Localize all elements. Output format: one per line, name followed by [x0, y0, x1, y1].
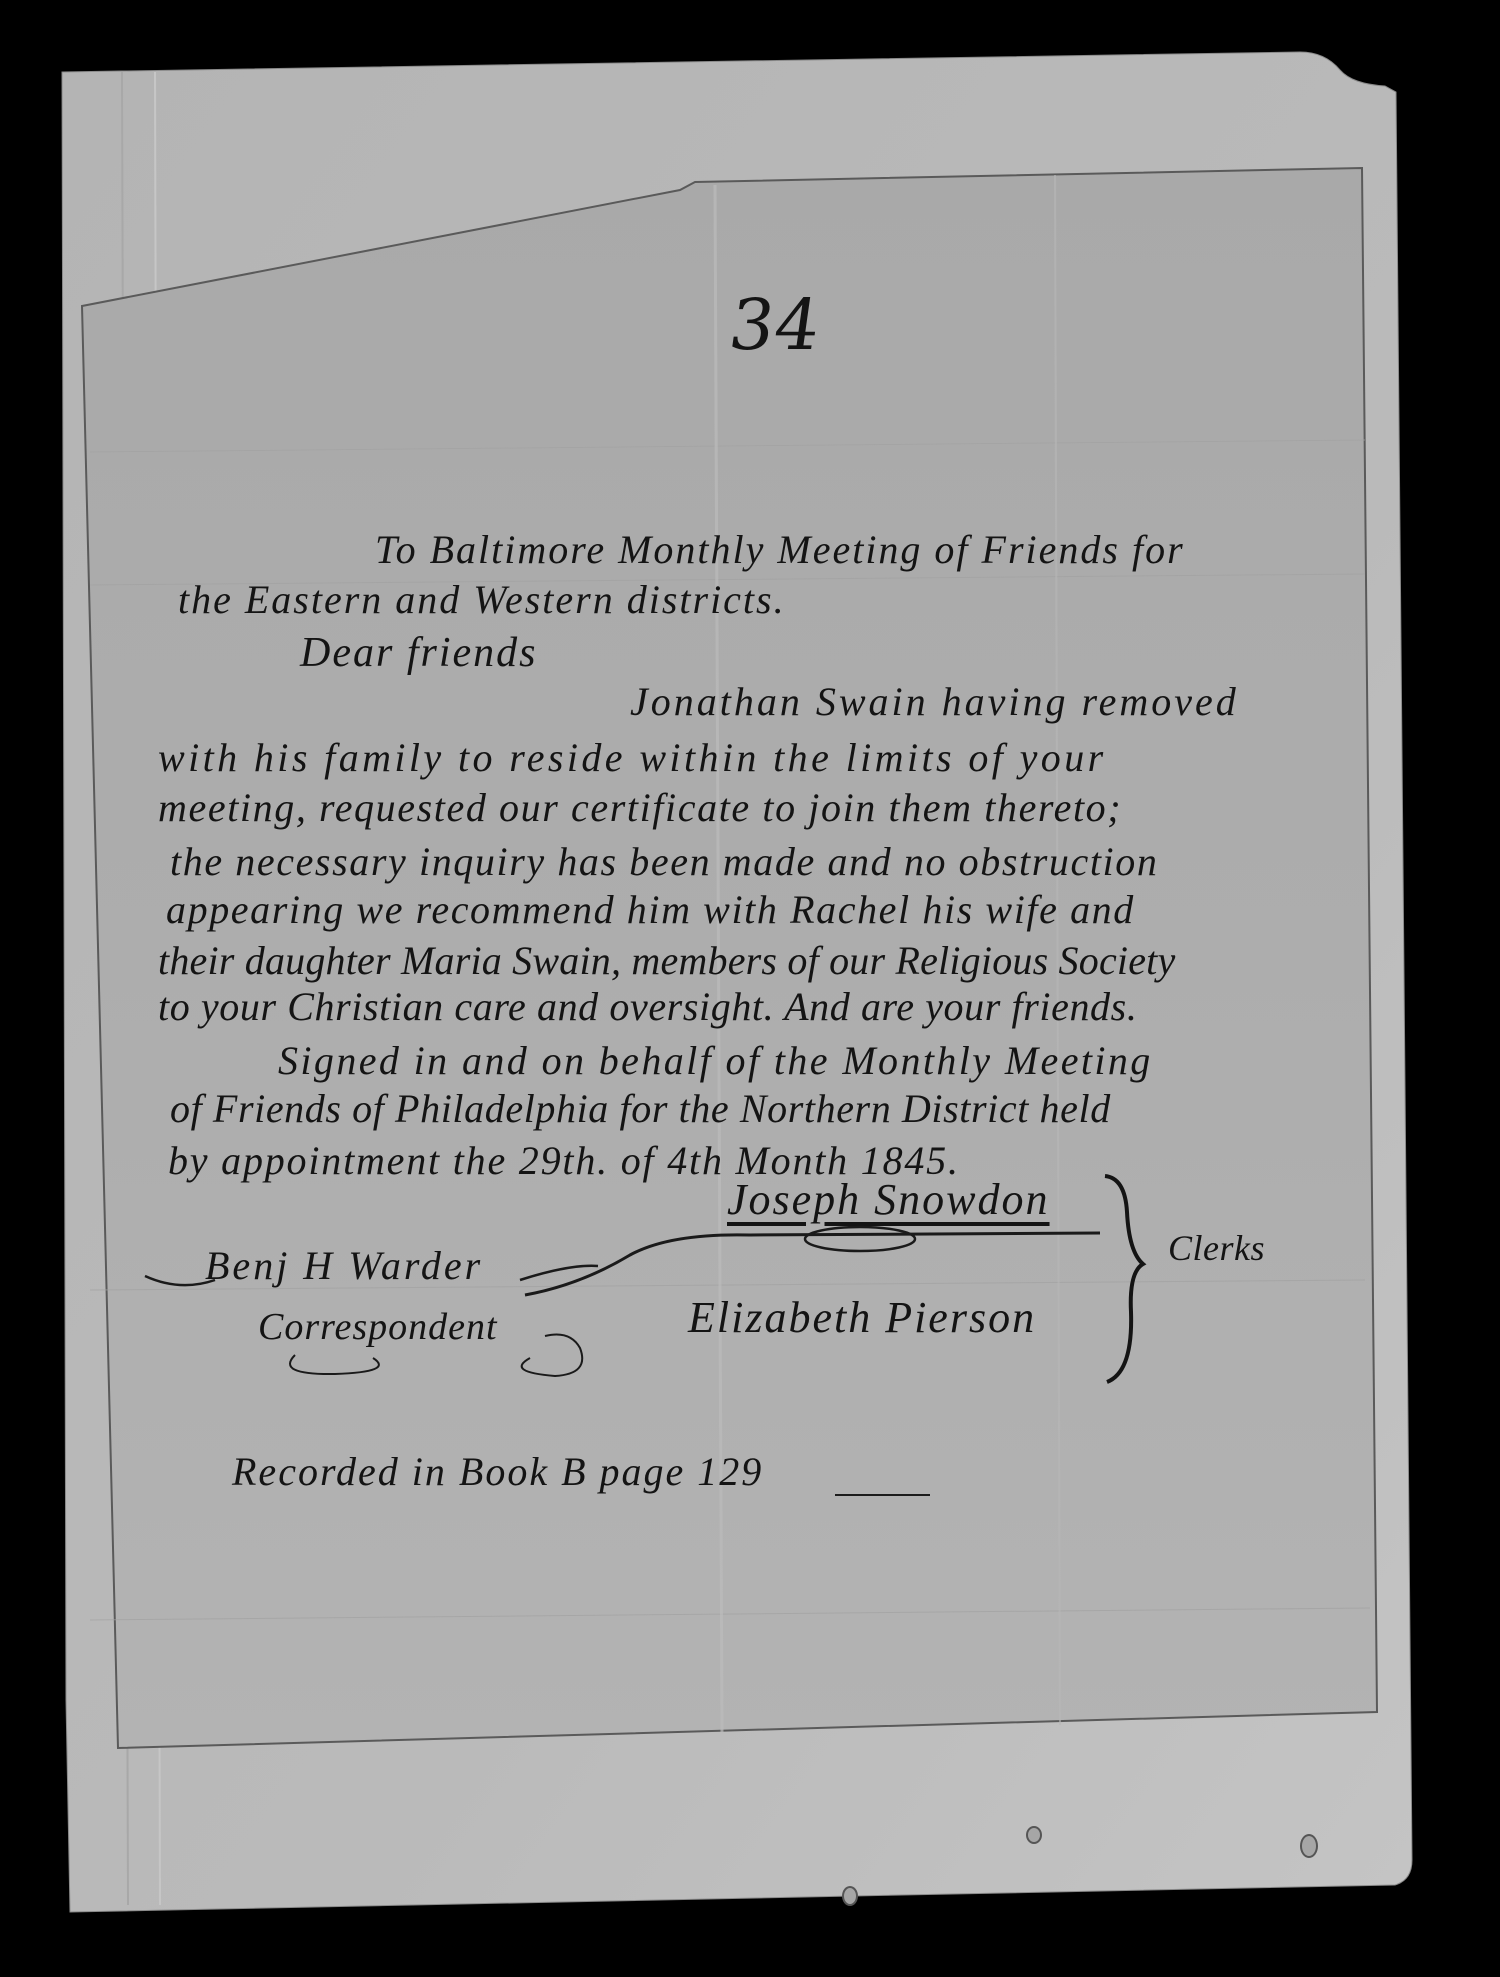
recorded-note: Recorded in Book B page 129 [232, 1452, 763, 1492]
body-line: Jonathan Swain having removed [630, 682, 1239, 722]
clerks-label: Clerks [1168, 1230, 1265, 1266]
correspondent-underflourish [255, 1330, 595, 1380]
closing-line: Signed in and on behalf of the Monthly M… [278, 1041, 1153, 1081]
body-line: their daughter Maria Swain, members of o… [158, 941, 1175, 981]
salutation: Dear friends [300, 632, 538, 674]
body-line: to your Christian care and oversight. An… [158, 987, 1137, 1027]
address-line-1: To Baltimore Monthly Meeting of Friends … [375, 530, 1185, 570]
body-line: meeting, requested our certificate to jo… [158, 788, 1122, 828]
closing-line: of Friends of Philadelphia for the North… [170, 1089, 1111, 1129]
page-number: 34 [725, 290, 825, 360]
binding-hole [1300, 1834, 1318, 1858]
body-line: the necessary inquiry has been made and … [170, 842, 1158, 882]
clerks-brace [1095, 1172, 1155, 1387]
body-line: appearing we recommend him with Rachel h… [166, 890, 1135, 930]
address-line-2: the Eastern and Western districts. [178, 580, 786, 620]
binding-hole [1026, 1826, 1042, 1844]
body-line: with his family to reside within the lim… [158, 738, 1107, 778]
correspondent-flourish [140, 1262, 600, 1302]
signature-joseph-snowdon: Joseph Snowdon [727, 1178, 1050, 1222]
signature-elizabeth-pierson: Elizabeth Pierson [688, 1296, 1036, 1340]
binding-hole [842, 1886, 858, 1906]
page-ref-underline [835, 1494, 930, 1496]
